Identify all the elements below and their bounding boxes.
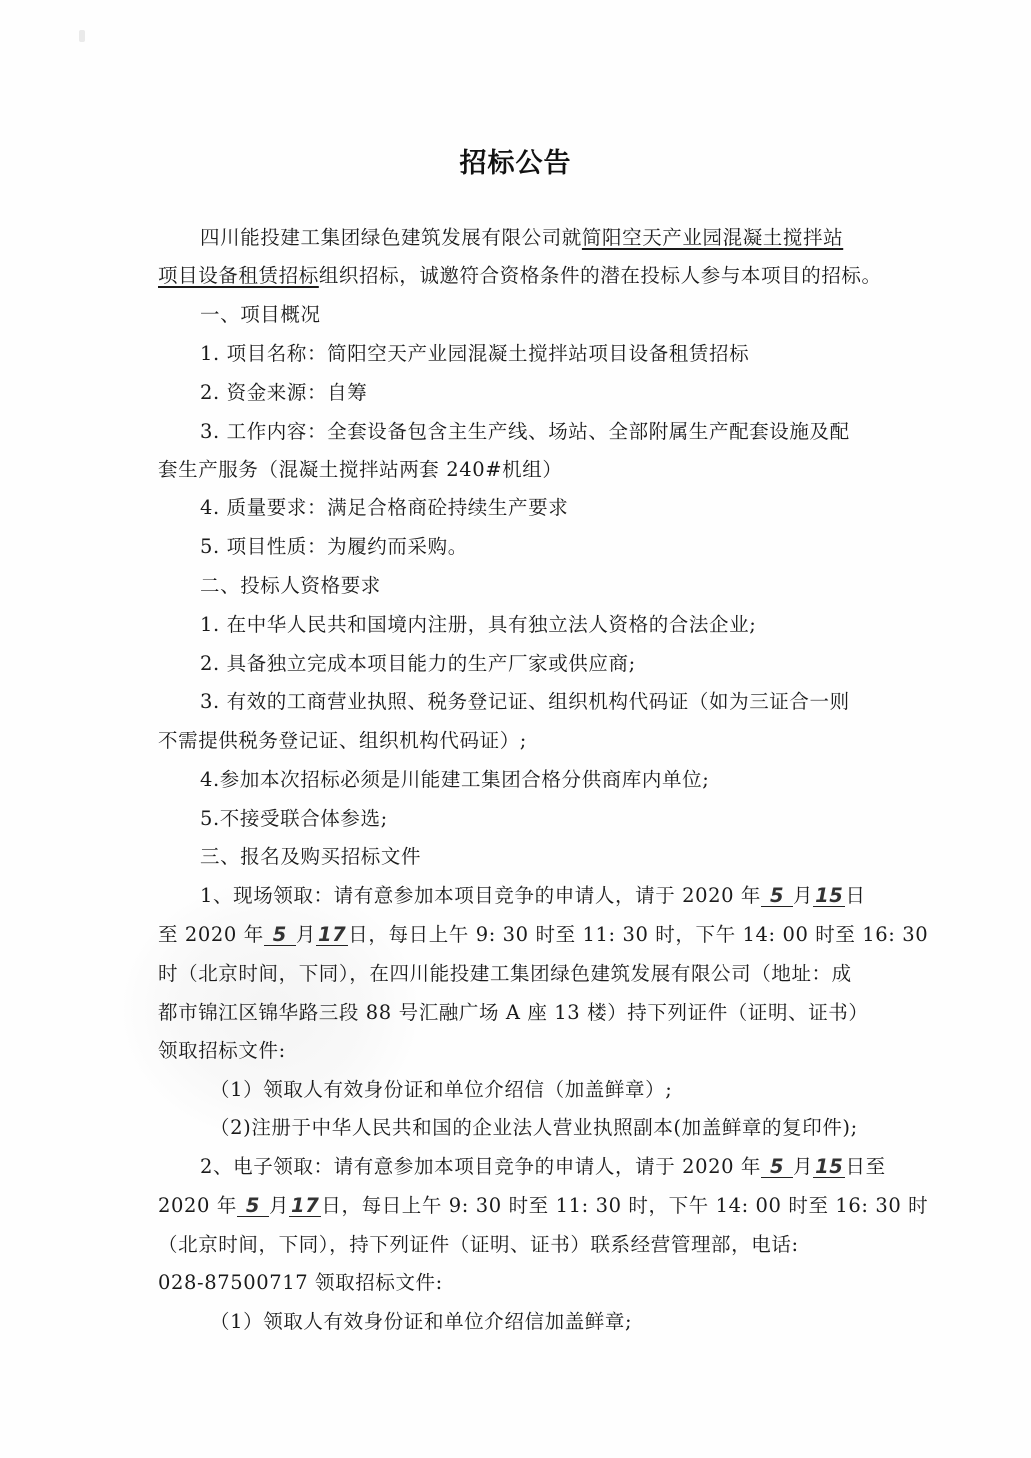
- page-title: 招标公告: [0, 141, 1031, 180]
- handwritten-end-month: 5: [264, 925, 296, 946]
- section-2-item-4: 4.参加本次招标必须是川能建工集团合格分供商库内单位;: [200, 768, 884, 792]
- intro-prefix: 四川能投建工集团绿色建筑发展有限公司就: [200, 226, 582, 249]
- project-name-underlined-1: 简阳空天产业园混凝土搅拌站: [582, 226, 843, 249]
- section-2-item-2: 2. 具备独立完成本项目能力的生产厂家或供应商;: [200, 652, 884, 676]
- day-label: 日: [348, 923, 368, 946]
- month-label: 月: [793, 1155, 813, 1178]
- onsite-requirement-2: （2)注册于中华人民共和国的企业法人营业执照副本(加盖鲜章的复印件);: [210, 1116, 884, 1140]
- handwritten-start-month: 5: [761, 886, 793, 907]
- section-2-item-3-continuation: 不需提供税务登记证、组织机构代码证）;: [158, 729, 884, 753]
- section-1-heading: 一、项目概况: [200, 303, 884, 327]
- month-label: 月: [296, 923, 316, 946]
- onsite-text: 1、现场领取：请有意参加本项目竞争的申请人，请于 2020 年: [200, 884, 761, 907]
- day-label: 日: [845, 884, 865, 907]
- onsite-text: 至 2020 年: [158, 923, 264, 946]
- section-2-item-3: 3. 有效的工商营业执照、税务登记证、组织机构代码证（如为三证合一则: [200, 690, 884, 714]
- onsite-text: ，每日上午 9: 30 时至 11: 30 时，下午 14: 00 时至 16:…: [368, 923, 928, 946]
- month-label: 月: [793, 884, 813, 907]
- electronic-text: ，每日上午 9: 30 时至 11: 30 时，下午 14: 00 时至 16:…: [342, 1194, 929, 1217]
- handwritten-start-month: 5: [761, 1157, 793, 1178]
- onsite-line-3: 时（北京时间，下同），在四川能投建工集团绿色建筑发展有限公司（地址：成: [158, 962, 884, 986]
- section-1-item-1: 1. 项目名称：简阳空天产业园混凝土搅拌站项目设备租赁招标: [200, 342, 884, 366]
- onsite-line-4: 都市锦江区锦华路三段 88 号汇融广场 A 座 13 楼）持下列证件（证明、证书…: [158, 1001, 884, 1025]
- section-1-item-3: 3. 工作内容：全套设备包含主生产线、场站、全部附属生产配套设施及配: [200, 420, 884, 444]
- section-1-item-5: 5. 项目性质：为履约而采购。: [200, 535, 884, 559]
- section-1-item-2: 2. 资金来源：自筹: [200, 381, 884, 405]
- onsite-line-2: 至 2020 年5月17日，每日上午 9: 30 时至 11: 30 时，下午 …: [158, 923, 884, 947]
- section-2-item-5: 5.不接受联合体参选;: [200, 807, 884, 831]
- handwritten-end-month: 5: [237, 1196, 269, 1217]
- electronic-text: 日至: [845, 1155, 885, 1178]
- section-2-item-1: 1. 在中华人民共和国境内注册，具有独立法人资格的合法企业;: [200, 613, 884, 637]
- intro-suffix: 组织招标，诚邀符合资格条件的潜在投标人参与本项目的招标。: [319, 264, 882, 287]
- month-label: 月: [269, 1194, 289, 1217]
- handwritten-start-day: 15: [813, 886, 845, 907]
- handwritten-end-day: 17: [316, 925, 348, 946]
- electronic-line-1: 2、电子领取：请有意参加本项目竞争的申请人，请于 2020 年5月15日至: [200, 1155, 884, 1179]
- electronic-text: 2、电子领取：请有意参加本项目竞争的申请人，请于 2020 年: [200, 1155, 761, 1178]
- section-1-item-3-continuation: 套生产服务（混凝土搅拌站两套 240#机组）: [158, 458, 884, 482]
- intro-line-1: 四川能投建工集团绿色建筑发展有限公司就简阳空天产业园混凝土搅拌站: [200, 226, 884, 250]
- section-3-heading: 三、报名及购买招标文件: [200, 845, 884, 869]
- electronic-line-3: （北京时间，下同），持下列证件（证明、证书）联系经营管理部，电话:: [158, 1233, 884, 1257]
- day-label: 日: [321, 1194, 341, 1217]
- handwritten-start-day: 15: [813, 1157, 845, 1178]
- intro-line-2: 项目设备租赁招标组织招标，诚邀符合资格条件的潜在投标人参与本项目的招标。: [158, 264, 888, 288]
- electronic-text: 2020 年: [158, 1194, 237, 1217]
- project-name-underlined-2: 项目设备租赁招标: [158, 264, 319, 287]
- electronic-requirement-1: （1）领取人有效身份证和单位介绍信加盖鲜章;: [210, 1310, 884, 1334]
- onsite-line-1: 1、现场领取：请有意参加本项目竞争的申请人，请于 2020 年5月15日: [200, 884, 884, 908]
- electronic-line-4-phone: 028-87500717 领取招标文件:: [158, 1271, 884, 1295]
- section-1-item-4: 4. 质量要求：满足合格商砼持续生产要求: [200, 496, 884, 520]
- section-2-heading: 二、投标人资格要求: [200, 574, 884, 598]
- electronic-line-2: 2020 年5月17日，每日上午 9: 30 时至 11: 30 时，下午 14…: [158, 1194, 884, 1218]
- onsite-line-5: 领取招标文件:: [158, 1039, 884, 1063]
- scan-artifact: [79, 30, 85, 42]
- onsite-requirement-1: （1）领取人有效身份证和单位介绍信（加盖鲜章）;: [210, 1078, 884, 1102]
- handwritten-end-day: 17: [289, 1196, 321, 1217]
- document-page: 招标公告 四川能投建工集团绿色建筑发展有限公司就简阳空天产业园混凝土搅拌站 项目…: [0, 0, 1031, 1458]
